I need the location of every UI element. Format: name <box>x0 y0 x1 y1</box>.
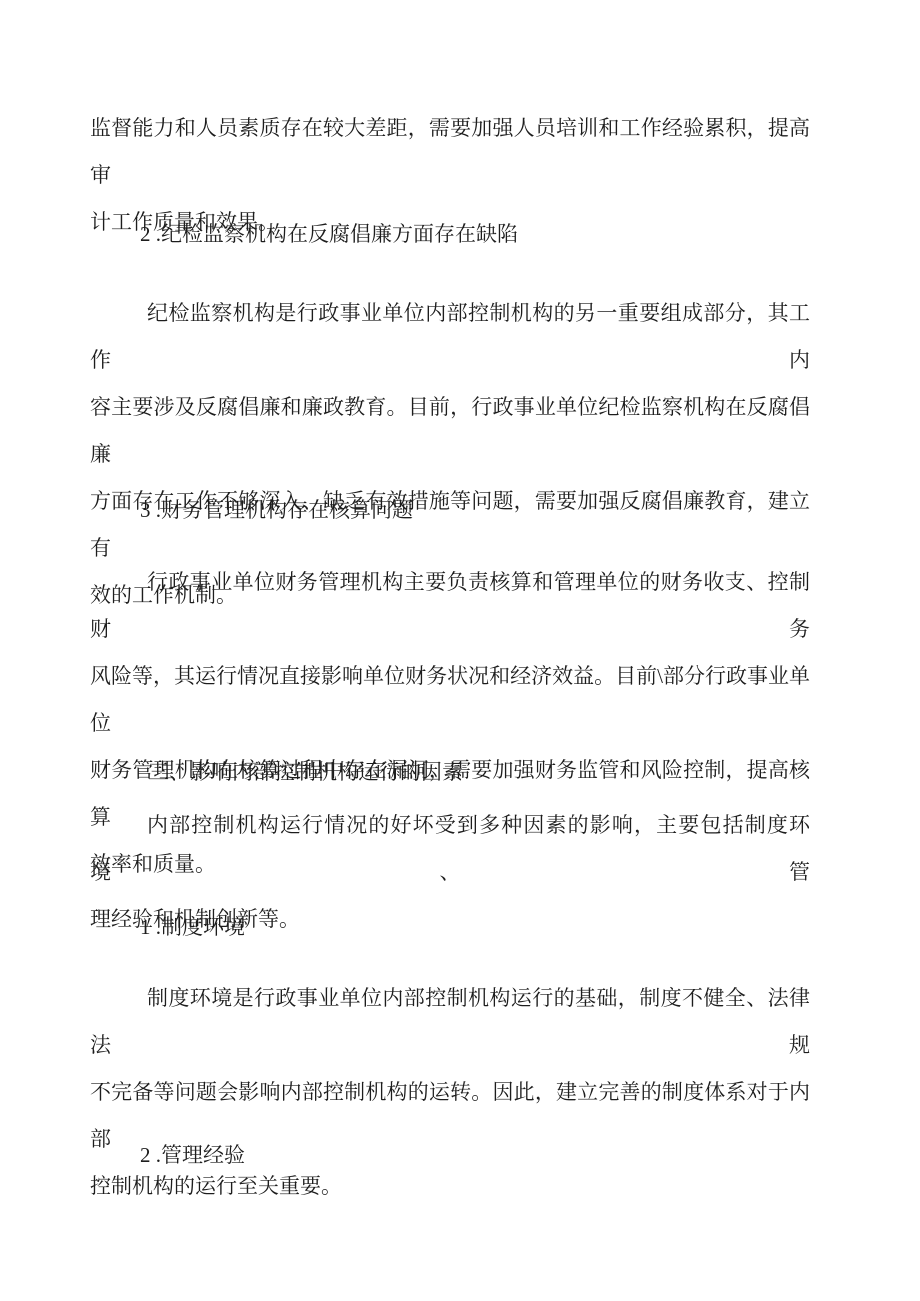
text-line: 监督能力和人员素质存在较大差距，需要加强人员培训和工作经验累积，提高审 <box>90 105 810 199</box>
document-page: 监督能力和人员素质存在较大差距，需要加强人员培训和工作经验累积，提高审 计工作质… <box>0 0 920 1301</box>
heading-line: 3 .财务管理机构存在核算问题 <box>90 487 810 534</box>
section-heading: 三、影响内部控制机构运行的因素 <box>90 749 810 796</box>
heading-line: 2 .管理经验 <box>90 1132 810 1179</box>
heading-line: 2 .纪检监察机构在反腐倡廉方面存在缺陷 <box>90 211 810 258</box>
heading-line: 1 .制度环境 <box>90 904 810 951</box>
numbered-heading: 2 .管理经验 <box>90 1132 810 1179</box>
numbered-heading: 1 .制度环境 <box>90 904 810 951</box>
numbered-heading: 2 .纪检监察机构在反腐倡廉方面存在缺陷 <box>90 211 810 258</box>
heading-line: 三、影响内部控制机构运行的因素 <box>90 749 810 796</box>
text-line: 制度环境是行政事业单位内部控制机构运行的基础，制度不健全、法律法规 <box>90 975 810 1069</box>
numbered-heading: 3 .财务管理机构存在核算问题 <box>90 487 810 534</box>
text-line: 纪检监察机构是行政事业单位内部控制机构的另一重要组成部分，其工作内 <box>90 290 810 384</box>
text-line: 风险等，其运行情况直接影响单位财务状况和经济效益。目前\部分行政事业单位 <box>90 653 810 747</box>
text-line: 容主要涉及反腐倡廉和廉政教育。目前，行政事业单位纪检监察机构在反腐倡廉 <box>90 384 810 478</box>
text-line: 行政事业单位财务管理机构主要负责核算和管理单位的财务收支、控制财务 <box>90 559 810 653</box>
text-line: 内部控制机构运行情况的好坏受到多种因素的影响，主要包括制度环境、管 <box>90 802 810 896</box>
